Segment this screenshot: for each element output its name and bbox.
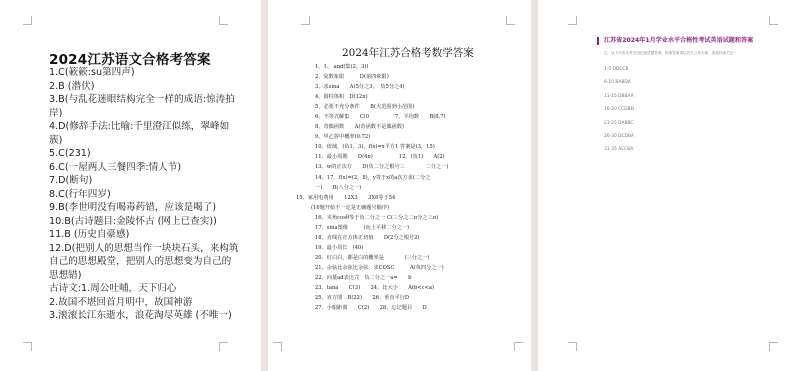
answer-line: 4.D(修辞手法:比喻:千里澄江似练，翠峰如 [49,120,229,134]
answer-line: 18、直线在正方体正切值 D(2分之根号2) [315,233,448,243]
answer-line: 6.C(一屋两人三餐四季:情人节) [49,161,229,175]
answer-line: 20、红白白，都是白的概率是 (三分之一) [315,253,448,263]
margin-corner-mark [568,342,577,351]
answer-line: 16、夹角cosθ等于负二分之一 C(三分之二π分之三π) [315,213,448,223]
answer-line: 自己的思想殿堂，把别人的思想变为自己的 [49,255,229,269]
answer-line: 一) B(八分之一) [315,183,448,193]
answer-line: 22、向量ad表达式 负二分之一a= b [315,273,448,283]
answer-line: 1.C(簌簌:su第四声) [49,66,229,80]
margin-corner-mark [769,342,778,351]
margin-corner-mark [273,342,282,351]
answer-line: 11-15 DBBAA [604,90,634,103]
answer-line: 4、圆柱体积 D(12π) [315,92,448,102]
margin-corner-mark [219,16,228,25]
answer-line: 2、复数象限 D(第四象限) [315,72,448,82]
margin-corner-mark [506,16,515,25]
answer-line: 17、sina图像 (向上平移二分之一) [315,223,448,233]
answer-line: 21-25 DABBC [604,117,634,130]
answer-list: 1、1、 and(集(2，3))2、复数象限 D(第四象限)3、求sina A(… [315,62,448,313]
answer-line: 27、小船距离 C(2) 28、忘记题目 D [315,303,448,313]
page-title: 2024江苏语文合格考答案 [49,48,211,68]
answer-line: 2.B (潜伏) [49,80,229,94]
page-title: 江苏省2024年1月学业水平合格性考试英语试题和答案 [597,37,753,45]
answer-line: (16题开始不一定是正确题号顺序) [311,203,448,213]
answer-line: 10、值域，(负1，3)，f(x)=x平方1 答案是(3，15) [315,142,448,152]
answer-line: 11.B (历史自豪感) [49,228,229,242]
answer-line: 8.C(行年四岁) [49,188,229,202]
answer-line: 16-20 CCDBD [604,103,634,116]
document-page-math: 2024年江苏合格考数学答案 1、1、 and(集(2，3))2、复数象限 D(… [268,0,531,371]
answer-line: 19、最小周长 (40) [315,243,448,253]
answer-line: 古诗文:1.周公吐哺，天下归心 [49,282,229,296]
document-page-english: 江苏省2024年1月学业水平合格性考试英语试题和答案 注：以下内容为考生回忆版试… [538,0,800,371]
answer-line: 3.B(与乱花迷眼结构完全一样的成语:惊涛拍 [49,93,229,107]
answer-line: 21、余弦比余弦比余弦，求COSC A(负四分之一) [315,263,448,273]
answer-line: 14、17、f(x)=(2，8)，y等于x的a次方求(二分之 [315,173,448,183]
answer-line: 6-10 BABDA [604,76,634,89]
answer-line: 26-30 DCDBA [604,130,634,143]
answer-line: 6、不等式解集 C(0 7、平均数 B(8.7) [315,112,448,122]
answer-line: 岸) [49,107,229,121]
answer-line: 8、奇偶函数 A(奇函数不是偶函数) [315,122,448,132]
answer-line: 11、最小周期 D(4π) 12、(负1) A(2) [315,152,448,162]
margin-corner-mark [568,16,577,25]
answer-line: 15、家用电费用 12X3 3X6等于54 [296,193,448,203]
answer-line: 1-5 DDCCB [604,63,634,76]
answer-line: 31-35 ACCBA [604,143,634,156]
answer-line: 23、tana C(3) 24、比大小 A(b<c<a) [315,283,448,293]
page-note: 注：以下内容为考生回忆版试题答案，标准答案请以官方公布为准，欢迎持续关注~ [604,51,736,56]
margin-corner-mark [23,16,32,25]
margin-corner-mark [769,16,778,25]
page-title: 2024年江苏合格考数学答案 [342,45,474,60]
answer-line: 簇) [49,134,229,148]
answer-line: 5.C(231) [49,147,229,161]
answer-line: 1、1、 and(集(2，3)) [315,62,448,72]
answer-line: 9.B(李世明没有喝毒药错，应该是喝了) [49,201,229,215]
answer-list: 1.C(簌簌:su第四声) 2.B (潜伏) 3.B(与乱花迷眼结构完全一样的成… [49,66,229,323]
margin-corner-mark [23,342,32,351]
answer-line: 13、w的正次方 D(负二分之根号三 二分之一) [315,162,448,172]
document-page-chinese: 2024江苏语文合格考答案 1.C(簌簌:su第四声) 2.B (潜伏) 3.B… [0,0,261,371]
margin-corner-mark [219,342,228,351]
answer-line: 7.D(断句) [49,174,229,188]
answer-line: 2.故国不堪回首月明中，故国神游 [49,296,229,310]
answer-line: 5、必要不充分条件 B(大范围到小范围) [315,102,448,112]
answer-line: 25、直方图 B(22) 26、垂直平行D [315,293,448,303]
margin-corner-mark [301,16,310,25]
answer-line: 思想错) [49,269,229,283]
answer-line: 9、甲乙射中概率(0.72) [315,132,448,142]
answer-line: 3、求sina A(5分之3， 负5分之4) [315,82,448,92]
answer-line: 12.D(把别人的思想当作一块块石头，来构筑 [49,242,229,256]
answer-line: 10.B(古诗题目:金陵怀古 (网上已查实)) [49,215,229,229]
answer-line: 3.滚滚长江东逝水，浪花淘尽英雄 (不唯一) [49,309,229,323]
answer-list: 1-5 DDCCB 6-10 BABDA 11-15 DBBAA 16-20 C… [604,63,634,157]
margin-corner-mark [514,342,523,351]
